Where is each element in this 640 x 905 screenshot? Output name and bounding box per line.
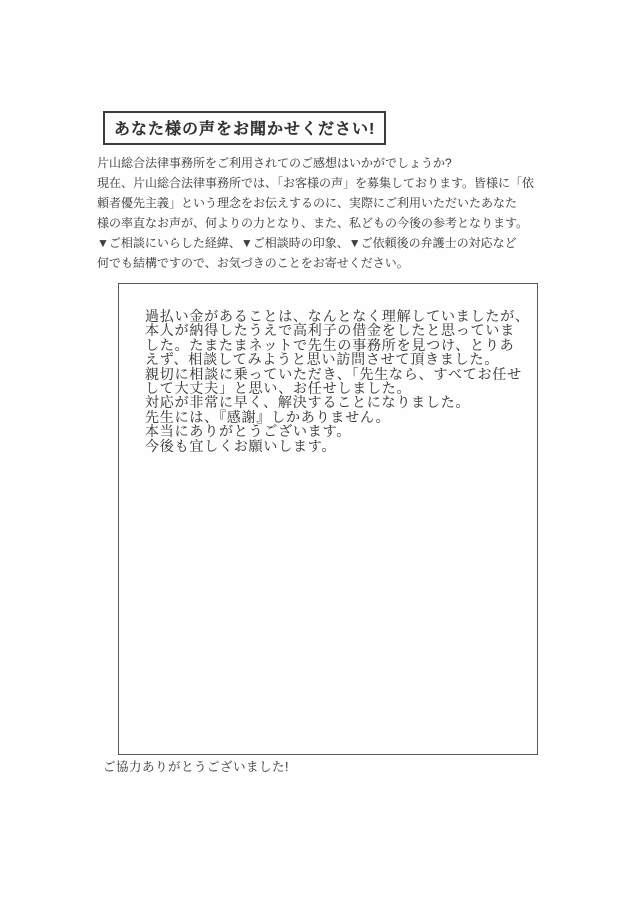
feedback-line: 対応が非常に早く、解決することになりました。: [145, 397, 537, 411]
feedback-text: 過払い金があることは、なんとなく理解していましたが、 本人が納得したうえで高利子…: [145, 311, 537, 455]
title-banner: あなた様の声をお聞かせください!: [103, 111, 386, 145]
feedback-response-box: 過払い金があることは、なんとなく理解していましたが、 本人が納得したうえで高利子…: [118, 283, 538, 755]
intro-line: 様の率直なお声が、何よりの力となり、また、私どもの今後の参考となります。: [97, 213, 557, 233]
intro-line: 頼者優先主義」という理念をお伝えするのに、実際にご利用いただいたあなた: [97, 193, 557, 213]
intro-line: 現在、片山総合法律事務所では、「お客様の声」を募集しております。皆様に「依: [97, 173, 557, 193]
feedback-line: 親切に相談に乗っていただき、「先生なら、すべてお任せ: [145, 369, 537, 383]
closing-note: ご協力ありがとうございました!: [103, 757, 289, 775]
intro-paragraph: 片山総合法律事務所をご利用されてのご感想はいかがでしょうか? 現在、片山総合法律…: [97, 153, 557, 273]
feedback-line: えず、相談してみようと思い訪問させて頂きました。: [145, 354, 537, 368]
intro-line: ▼ご相談にいらした経緯、▼ご相談時の印象、▼ご依頼後の弁護士の対応など: [97, 233, 557, 253]
feedback-line: 本人が納得したうえで高利子の借金をしたと思っていま: [145, 325, 537, 339]
page-title: あなた様の声をお聞かせください!: [114, 121, 375, 138]
scanned-document-page: あなた様の声をお聞かせください! 片山総合法律事務所をご利用されてのご感想はいか…: [0, 0, 640, 905]
feedback-line: 本当にありがとうございます。: [145, 426, 537, 440]
feedback-line: 今後も宜しくお願いします。: [145, 441, 537, 455]
intro-line: 片山総合法律事務所をご利用されてのご感想はいかがでしょうか?: [97, 153, 557, 173]
intro-line: 何でも結構ですので、お気づきのことをお寄せください。: [97, 253, 557, 273]
